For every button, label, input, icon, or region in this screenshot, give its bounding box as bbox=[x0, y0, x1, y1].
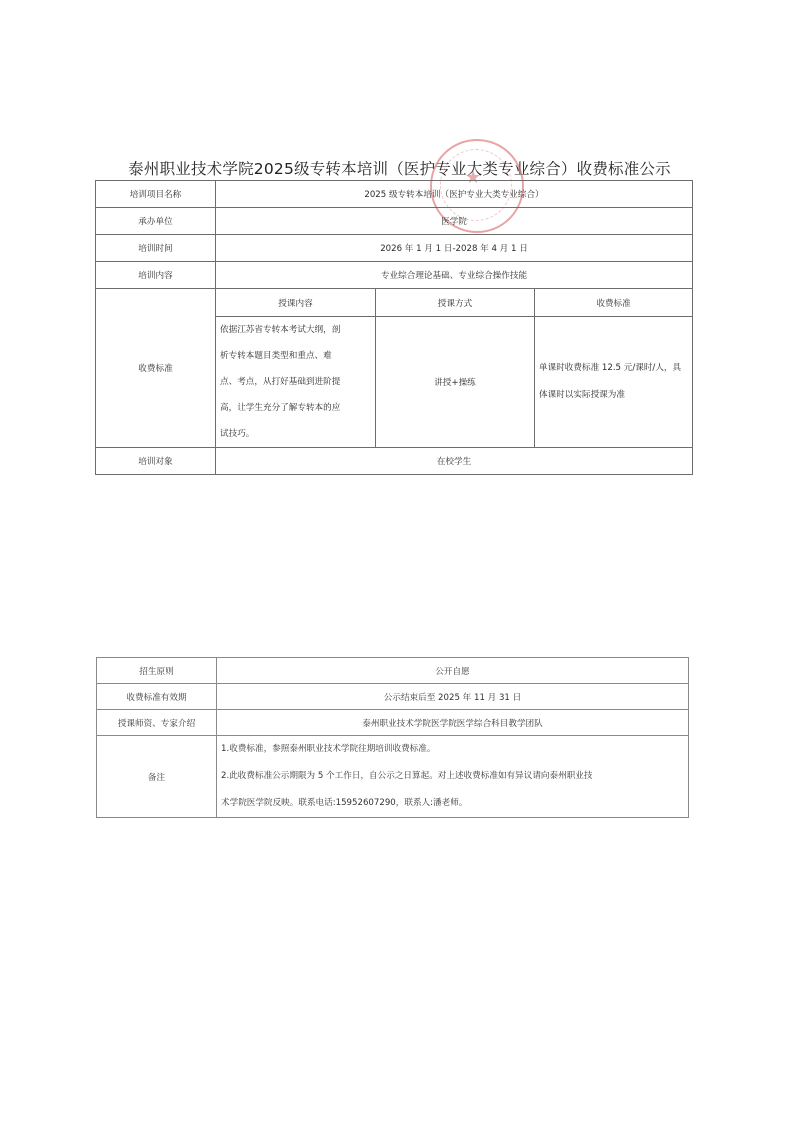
content-line: 析专转本题目类型和重点、难 bbox=[220, 343, 371, 369]
organizer-value: 医学院 bbox=[216, 208, 693, 235]
content-line: 依据江苏省专转本考试大纲，剖 bbox=[220, 317, 371, 343]
note-line: 术学院医学院反映。联系电话:15952607290，联系人:潘老师。 bbox=[221, 790, 684, 817]
column-header: 收费标准 bbox=[535, 289, 693, 317]
table-row: 培训对象 在校学生 bbox=[96, 448, 693, 475]
note-line: 1.收费标准，参照泰州职业技术学院往期培训收费标准。 bbox=[221, 736, 684, 763]
training-content-value: 专业综合理论基础、专业综合操作技能 bbox=[216, 262, 693, 289]
enrollment-principle-value: 公开自愿 bbox=[217, 658, 689, 684]
course-content-cell: 依据江苏省专转本考试大纲，剖 析专转本题目类型和重点、难 点、考点，从打好基础到… bbox=[216, 317, 376, 448]
teaching-method-cell: 讲授+操练 bbox=[376, 317, 535, 448]
row-label: 培训项目名称 bbox=[96, 181, 216, 208]
row-label: 培训对象 bbox=[96, 448, 216, 475]
content-line: 点、考点，从打好基础到进阶提 bbox=[220, 369, 371, 395]
fee-standard-cell: 单课时收费标准 12.5 元/课时/人，具 体课时以实际授课为准 bbox=[535, 317, 693, 448]
table-row: 培训项目名称 2025 级专转本培训（医护专业大类专业综合） bbox=[96, 181, 693, 208]
notes-row: 备注 1.收费标准，参照泰州职业技术学院往期培训收费标准。 2.此收费标准公示期… bbox=[97, 736, 689, 818]
row-label: 授课师资、专家介绍 bbox=[97, 710, 217, 736]
row-label: 承办单位 bbox=[96, 208, 216, 235]
content-line: 高，让学生充分了解专转本的应 bbox=[220, 395, 371, 421]
fee-line: 体课时以实际授课为准 bbox=[539, 382, 688, 409]
training-period-value: 2026 年 1 月 1 日-2028 年 4 月 1 日 bbox=[216, 235, 693, 262]
document-title: 泰州职业技术学院2025级专转本培训（医护专业大类专业综合）收费标准公示 bbox=[0, 157, 799, 179]
fee-header-row: 收费标准 授课内容 授课方式 收费标准 bbox=[96, 289, 693, 317]
table-row: 授课师资、专家介绍 泰州职业技术学院医学院医学综合科目教学团队 bbox=[97, 710, 689, 736]
column-header: 授课方式 bbox=[376, 289, 535, 317]
supplementary-info-table: 招生原则 公开自愿 收费标准有效期 公示结束后至 2025 年 11 月 31 … bbox=[96, 657, 689, 818]
validity-period-value: 公示结束后至 2025 年 11 月 31 日 bbox=[217, 684, 689, 710]
table-row: 收费标准有效期 公示结束后至 2025 年 11 月 31 日 bbox=[97, 684, 689, 710]
project-name-value: 2025 级专转本培训（医护专业大类专业综合） bbox=[216, 181, 693, 208]
row-label: 收费标准有效期 bbox=[97, 684, 217, 710]
table-row: 承办单位 医学院 bbox=[96, 208, 693, 235]
fee-line: 单课时收费标准 12.5 元/课时/人，具 bbox=[539, 355, 688, 382]
fee-label: 收费标准 bbox=[96, 289, 216, 448]
content-line: 试技巧。 bbox=[220, 421, 371, 447]
notes-cell: 1.收费标准，参照泰州职业技术学院往期培训收费标准。 2.此收费标准公示期限为 … bbox=[217, 736, 689, 818]
row-label: 招生原则 bbox=[97, 658, 217, 684]
column-header: 授课内容 bbox=[216, 289, 376, 317]
table-row: 招生原则 公开自愿 bbox=[97, 658, 689, 684]
row-label: 培训时间 bbox=[96, 235, 216, 262]
table-row: 培训时间 2026 年 1 月 1 日-2028 年 4 月 1 日 bbox=[96, 235, 693, 262]
faculty-value: 泰州职业技术学院医学院医学综合科目教学团队 bbox=[217, 710, 689, 736]
fee-standard-table: 培训项目名称 2025 级专转本培训（医护专业大类专业综合） 承办单位 医学院 … bbox=[95, 180, 693, 475]
row-label: 培训内容 bbox=[96, 262, 216, 289]
note-line: 2.此收费标准公示期限为 5 个工作日，自公示之日算起。对上述收费标准如有异议请… bbox=[221, 763, 684, 790]
table-row: 培训内容 专业综合理论基础、专业综合操作技能 bbox=[96, 262, 693, 289]
row-label: 备注 bbox=[97, 736, 217, 818]
target-audience-value: 在校学生 bbox=[216, 448, 693, 475]
